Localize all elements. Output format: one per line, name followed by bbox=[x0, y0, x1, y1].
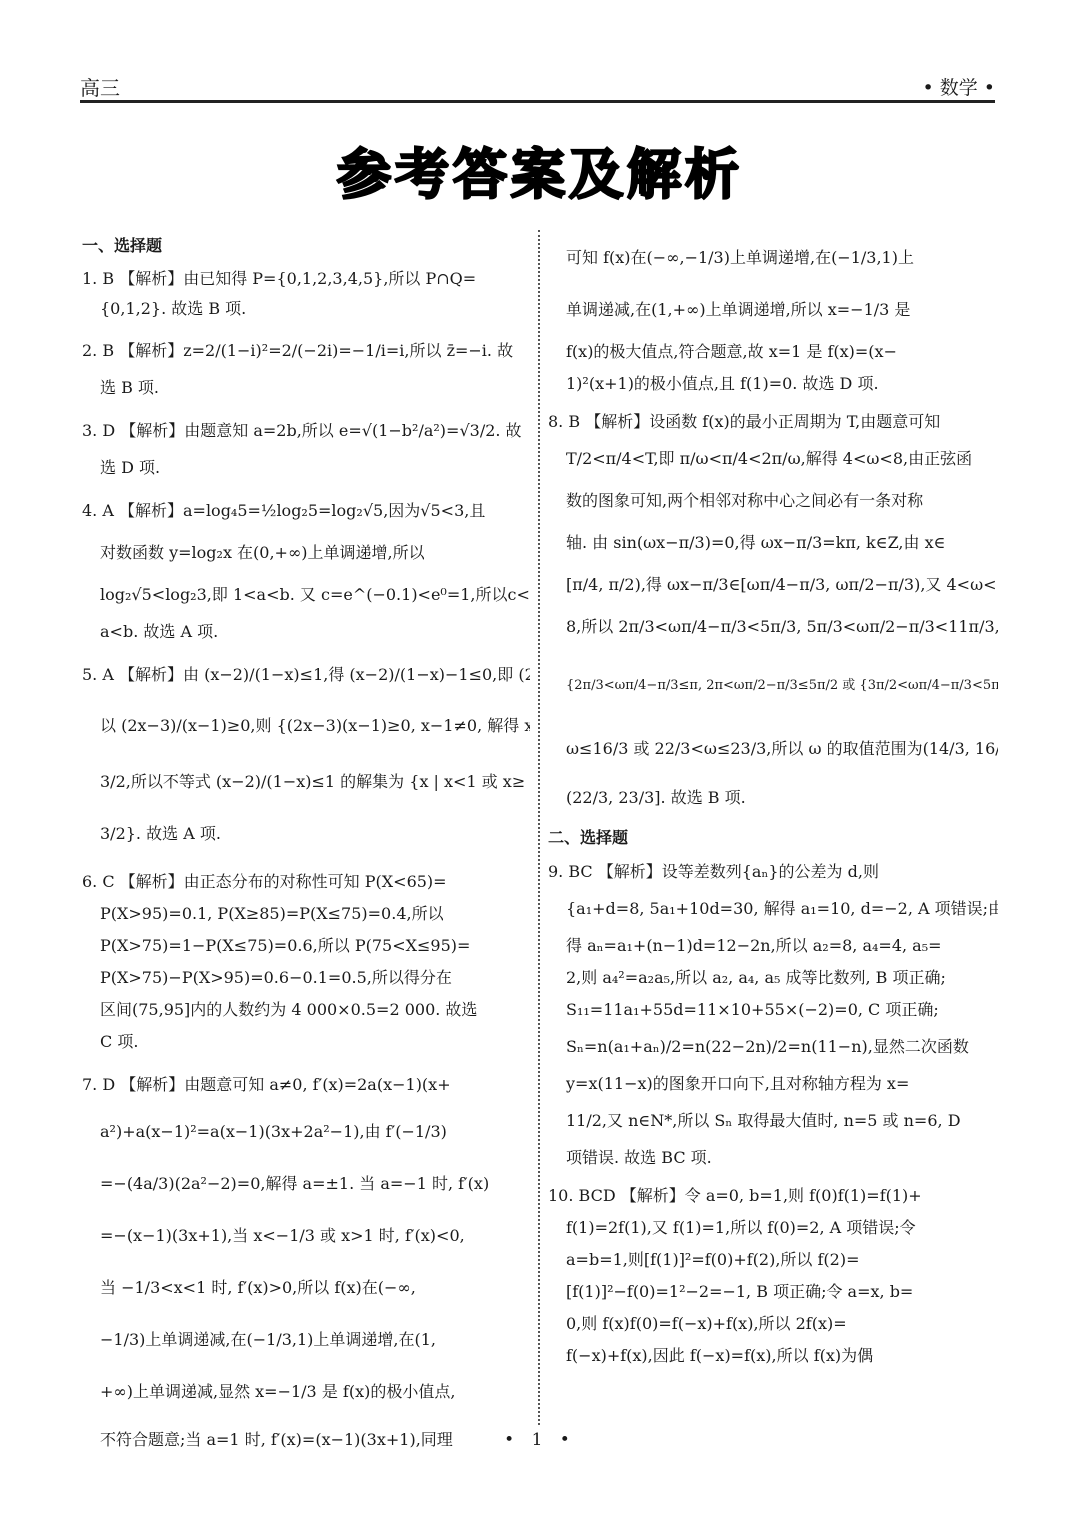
text-line: {2π/3<ωπ/4−π/3≤π, 2π<ωπ/2−π/3≤5π/2 或 {3π… bbox=[548, 648, 998, 724]
answer-item-8: 8. B 【解析】设函数 f(x)的最小正周期为 T,由题意可知 T/2<π/4… bbox=[548, 406, 998, 822]
text-line: 6. C 【解析】由正态分布的对称性可知 P(X<65)= bbox=[82, 866, 530, 898]
text-line: 项错误. 故选 BC 项. bbox=[548, 1142, 998, 1174]
section-heading-2: 二、选择题 bbox=[548, 828, 998, 848]
answer-item-3: 3. D 【解析】由题意知 a=2b,所以 e=√(1−b²/a²)=√3/2.… bbox=[82, 410, 530, 484]
grade-label: 高三 bbox=[80, 76, 120, 100]
answer-item-2: 2. B 【解析】z=2/(1−i)²=2/(−2i)=−1/i=i,所以 z̄… bbox=[82, 330, 530, 404]
text-line: {a₁+d=8, 5a₁+10d=30, 解得 a₁=10, d=−2, A 项… bbox=[548, 888, 998, 930]
text-line: f(1)=2f(1),又 f(1)=1,所以 f(0)=2, A 项错误;令 bbox=[548, 1212, 998, 1244]
text-line: f(−x)+f(x),因此 f(−x)=f(x),所以 f(x)为偶 bbox=[548, 1340, 998, 1372]
text-line: P(X>75)=1−P(X≤75)=0.6,所以 P(75<X≤95)= bbox=[82, 930, 530, 962]
text-line: P(X>75)−P(X>95)=0.6−0.1=0.5,所以得分在 bbox=[82, 962, 530, 994]
text-line: [f(1)]²−f(0)=1²−2=−1, B 项正确;令 a=x, b= bbox=[548, 1276, 998, 1308]
text-line: 数的图象可知,两个相邻对称中心之间必有一条对称 bbox=[548, 480, 998, 522]
text-line: 10. BCD 【解析】令 a=0, b=1,则 f(0)f(1)=f(1)+ bbox=[548, 1180, 998, 1212]
text-line: y=x(11−x)的图象开口向下,且对称轴方程为 x= bbox=[548, 1068, 998, 1100]
text-line: 2. B 【解析】z=2/(1−i)²=2/(−2i)=−1/i=i,所以 z̄… bbox=[82, 330, 530, 372]
text-line: 9. BC 【解析】设等差数列{aₙ}的公差为 d,则 bbox=[548, 856, 998, 888]
text-line: a<b. 故选 A 项. bbox=[82, 616, 530, 648]
text-line: Sₙ=n(a₁+aₙ)/2=n(22−2n)/2=n(11−n),显然二次函数 bbox=[548, 1026, 998, 1068]
text-line: 可知 f(x)在(−∞,−1/3)上单调递增,在(−1/3,1)上 bbox=[548, 232, 998, 284]
text-line: 8. B 【解析】设函数 f(x)的最小正周期为 T,由题意可知 bbox=[548, 406, 998, 438]
text-line: 3/2}. 故选 A 项. bbox=[82, 808, 530, 860]
page-header: 高三 • 数学 • bbox=[80, 76, 995, 103]
answer-item-9: 9. BC 【解析】设等差数列{aₙ}的公差为 d,则 {a₁+d=8, 5a₁… bbox=[548, 856, 998, 1174]
text-line: 当 −1/3<x<1 时, f′(x)>0,所以 f(x)在(−∞, bbox=[82, 1262, 530, 1314]
column-divider bbox=[538, 230, 540, 1425]
text-line: [π/4, π/2),得 ωx−π/3∈[ωπ/4−π/3, ωπ/2−π/3)… bbox=[548, 564, 998, 606]
text-line: 1. B 【解析】由已知得 P={0,1,2,3,4,5},所以 P∩Q= bbox=[82, 264, 530, 294]
answer-item-7: 7. D 【解析】由题意可知 a≠0, f′(x)=2a(x−1)(x+ a²)… bbox=[82, 1064, 530, 1462]
text-line: {0,1,2}. 故选 B 项. bbox=[82, 294, 530, 324]
text-line: 1)²(x+1)的极小值点,且 f(1)=0. 故选 D 项. bbox=[548, 368, 998, 400]
subject-label: • 数学 • bbox=[923, 76, 996, 100]
text-line: 5. A 【解析】由 (x−2)/(1−x)≤1,得 (x−2)/(1−x)−1… bbox=[82, 654, 530, 696]
answer-item-4: 4. A 【解析】a=log₄5=½log₂5=log₂√5,因为√5<3,且 … bbox=[82, 490, 530, 648]
text-line: 得 aₙ=a₁+(n−1)d=12−2n,所以 a₂=8, a₄=4, a₅= bbox=[548, 930, 998, 962]
answer-item-6: 6. C 【解析】由正态分布的对称性可知 P(X<65)= P(X>95)=0.… bbox=[82, 866, 530, 1058]
text-line: 3/2,所以不等式 (x−2)/(1−x)≤1 的解集为 {x | x<1 或 … bbox=[82, 756, 530, 808]
text-line: 轴. 由 sin(ωx−π/3)=0,得 ωx−π/3=kπ, k∈Z,由 x∈ bbox=[548, 522, 998, 564]
answer-item-7-continued: 可知 f(x)在(−∞,−1/3)上单调递增,在(−1/3,1)上 单调递减,在… bbox=[548, 232, 998, 400]
text-line: P(X>95)=0.1, P(X≥85)=P(X≤75)=0.4,所以 bbox=[82, 898, 530, 930]
text-line: 4. A 【解析】a=log₄5=½log₂5=log₂√5,因为√5<3,且 bbox=[82, 490, 530, 532]
text-line: 7. D 【解析】由题意可知 a≠0, f′(x)=2a(x−1)(x+ bbox=[82, 1064, 530, 1106]
text-line: 3. D 【解析】由题意知 a=2b,所以 e=√(1−b²/a²)=√3/2.… bbox=[82, 410, 530, 452]
text-line: ω≤16/3 或 22/3<ω≤23/3,所以 ω 的取值范围为(14/3, 1… bbox=[548, 724, 998, 774]
section-heading-1: 一、选择题 bbox=[82, 236, 530, 256]
text-line: 以 (2x−3)/(x−1)≥0,则 {(2x−3)(x−1)≥0, x−1≠0… bbox=[82, 696, 530, 756]
text-line: 区间(75,95]内的人数约为 4 000×0.5=2 000. 故选 bbox=[82, 994, 530, 1026]
answer-item-1: 1. B 【解析】由已知得 P={0,1,2,3,4,5},所以 P∩Q= {0… bbox=[82, 264, 530, 324]
text-line: a=b=1,则[f(1)]²=f(0)+f(2),所以 f(2)= bbox=[548, 1244, 998, 1276]
text-line: 2,则 a₄²=a₂a₅,所以 a₂, a₄, a₅ 成等比数列, B 项正确; bbox=[548, 962, 998, 994]
text-line: log₂√5<log₂3,即 1<a<b. 又 c=e^(−0.1)<e⁰=1,… bbox=[82, 574, 530, 616]
answer-item-10: 10. BCD 【解析】令 a=0, b=1,则 f(0)f(1)=f(1)+ … bbox=[548, 1180, 998, 1372]
text-line: S₁₁=11a₁+55d=11×10+55×(−2)=0, C 项正确; bbox=[548, 994, 998, 1026]
text-line: T/2<π/4<T,即 π/ω<π/4<2π/ω,解得 4<ω<8,由正弦函 bbox=[548, 438, 998, 480]
left-column: 一、选择题 1. B 【解析】由已知得 P={0,1,2,3,4,5},所以 P… bbox=[82, 232, 530, 1468]
text-line: (22/3, 23/3]. 故选 B 项. bbox=[548, 774, 998, 822]
answer-item-5: 5. A 【解析】由 (x−2)/(1−x)≤1,得 (x−2)/(1−x)−1… bbox=[82, 654, 530, 860]
text-line: −1/3)上单调递减,在(−1/3,1)上单调递增,在(1, bbox=[82, 1314, 530, 1366]
text-line: a²)+a(x−1)²=a(x−1)(3x+2a²−1),由 f′(−1/3) bbox=[82, 1106, 530, 1158]
right-column: 可知 f(x)在(−∞,−1/3)上单调递增,在(−1/3,1)上 单调递减,在… bbox=[548, 232, 998, 1378]
text-line: =−(4a/3)(2a²−2)=0,解得 a=±1. 当 a=−1 时, f′(… bbox=[82, 1158, 530, 1210]
text-line: +∞)上单调递减,显然 x=−1/3 是 f(x)的极小值点, bbox=[82, 1366, 530, 1418]
text-line: 8,所以 2π/3<ωπ/4−π/3<5π/3, 5π/3<ωπ/2−π/3<1… bbox=[548, 606, 998, 648]
text-line: 对数函数 y=log₂x 在(0,+∞)上单调递增,所以 bbox=[82, 532, 530, 574]
text-line: 0,则 f(x)f(0)=f(−x)+f(x),所以 2f(x)= bbox=[548, 1308, 998, 1340]
text-line: =−(x−1)(3x+1),当 x<−1/3 或 x>1 时, f′(x)<0, bbox=[82, 1210, 530, 1262]
text-line: 选 D 项. bbox=[82, 452, 530, 484]
page-number: • 1 • bbox=[0, 1430, 1080, 1450]
page-title: 参考答案及解析 bbox=[0, 140, 1080, 210]
text-line: 11/2,又 n∈N*,所以 Sₙ 取得最大值时, n=5 或 n=6, D bbox=[548, 1100, 998, 1142]
text-line: 单调递减,在(1,+∞)上单调递增,所以 x=−1/3 是 bbox=[548, 284, 998, 336]
text-line: f(x)的极大值点,符合题意,故 x=1 是 f(x)=(x− bbox=[548, 336, 998, 368]
text-line: 选 B 项. bbox=[82, 372, 530, 404]
text-line: C 项. bbox=[82, 1026, 530, 1058]
